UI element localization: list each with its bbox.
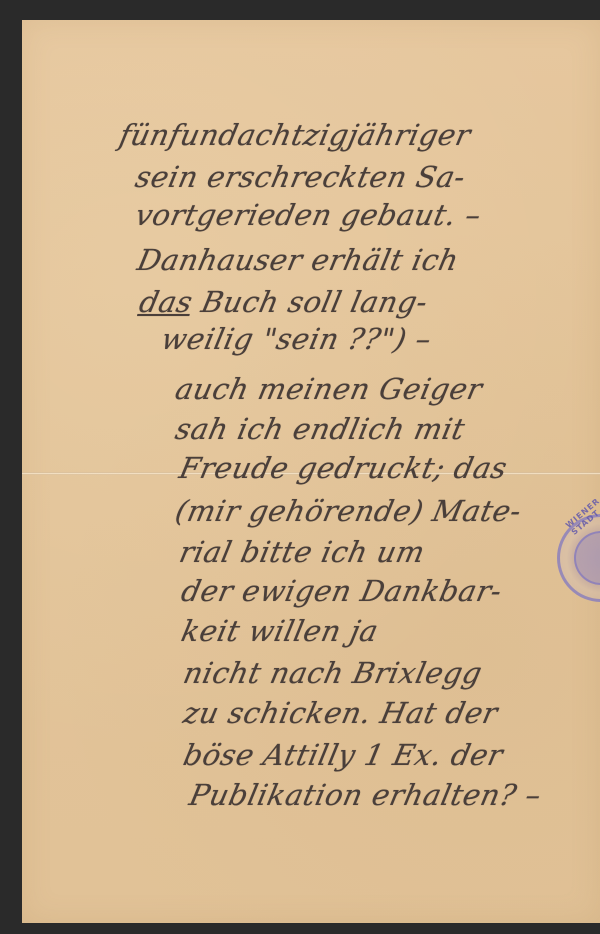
handwritten-line-11: rial bitte ich um: [176, 535, 428, 569]
handwritten-line-12: der ewigen Dankbar-: [178, 574, 505, 608]
handwritten-line-7: auch meinen Geiger: [172, 372, 485, 406]
handwritten-line-6: weilig "sein ??") –: [158, 322, 434, 356]
handwritten-line-13: keit willen ja: [178, 614, 381, 648]
handwritten-line-9: Freude gedruckt; das: [176, 451, 510, 485]
handwritten-line-8: sah ich endlich mit: [172, 412, 468, 446]
stamp-emblem: [574, 531, 600, 585]
handwritten-line-16: böse Attilly 1 Ex. der: [180, 738, 506, 772]
handwritten-line-1: fünfundachtzigjähriger: [116, 118, 474, 152]
handwritten-line-10: (mir gehörende) Mate-: [172, 494, 524, 528]
underlined-word: das: [136, 285, 195, 319]
handwritten-line-5-rest: Buch soll lang-: [189, 285, 431, 319]
handwritten-line-2: sein erschreckten Sa-: [132, 160, 468, 194]
handwritten-line-3: vortgerieden gebaut. –: [132, 198, 484, 232]
scan-frame: fünfundachtzigjähriger sein erschreckten…: [0, 0, 600, 934]
handwritten-line-15: zu schicken. Hat der: [180, 696, 501, 730]
handwritten-line-17: Publikation erhalten? –: [186, 778, 544, 812]
handwritten-line-14: nicht nach Brixlegg: [180, 656, 485, 690]
handwritten-line-5: das Buch soll lang-: [136, 285, 431, 319]
handwritten-line-4: Danhauser erhält ich: [134, 243, 462, 277]
